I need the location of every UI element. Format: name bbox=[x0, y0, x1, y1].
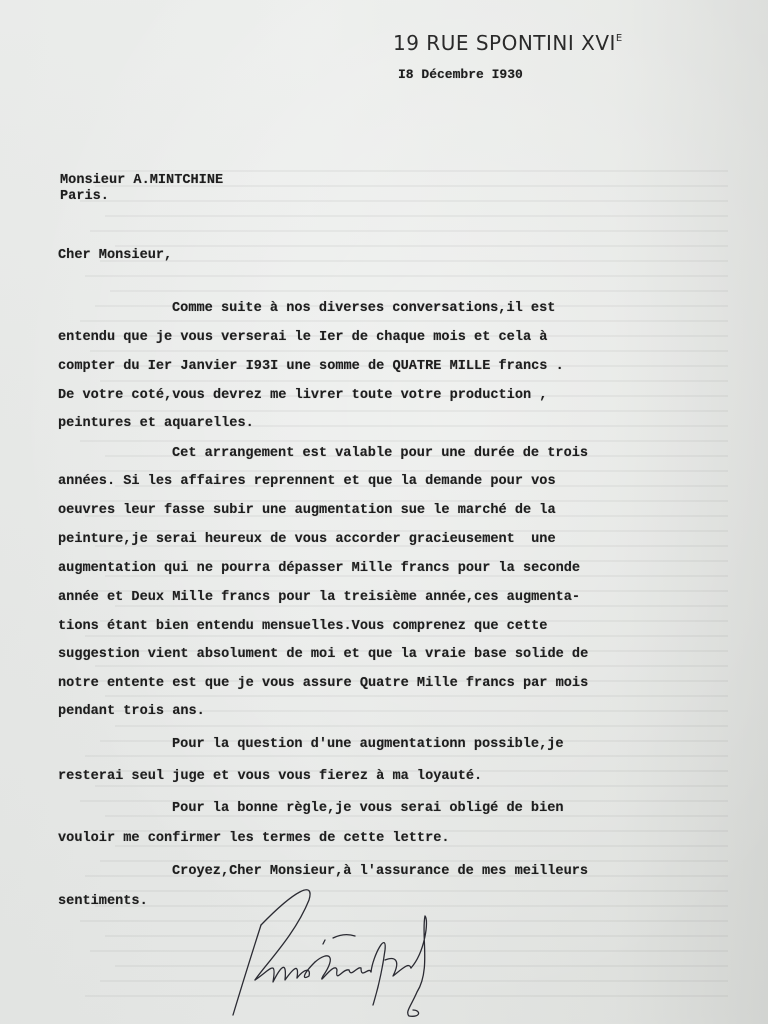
body-line: De votre coté,vous devrez me livrer tout… bbox=[58, 388, 547, 403]
bleed-line bbox=[90, 230, 728, 232]
body-line: sentiments. bbox=[58, 894, 148, 909]
bleed-line bbox=[105, 695, 728, 697]
body-line: vouloir me confirmer les termes de cette… bbox=[58, 831, 450, 846]
bleed-line bbox=[105, 215, 728, 217]
body-line: oeuvres leur fasse subir une augmentatio… bbox=[58, 503, 556, 518]
salutation: Cher Monsieur, bbox=[58, 248, 172, 263]
body-line: tions étant bien entendu mensuelles.Vous… bbox=[58, 619, 547, 634]
bleed-line bbox=[100, 260, 728, 262]
body-line: Comme suite à nos diverses conversations… bbox=[172, 301, 555, 316]
bleed-line bbox=[95, 785, 728, 787]
body-line: peinture,je serai heureux de vous accord… bbox=[58, 532, 556, 547]
signature bbox=[225, 880, 485, 1020]
body-line: Pour la question d'une augmentationn pos… bbox=[172, 737, 564, 752]
bleed-line bbox=[85, 635, 728, 637]
body-line: compter du Ier Janvier I93I une somme de… bbox=[58, 359, 564, 374]
bleed-line bbox=[95, 665, 728, 667]
bleed-line bbox=[90, 350, 728, 352]
body-line: suggestion vient absolument de moi et qu… bbox=[58, 647, 588, 662]
body-line: augmentation qui ne pourra dépasser Mill… bbox=[58, 561, 580, 576]
letterhead-arrondissement-suffix: E bbox=[616, 33, 623, 44]
bleed-line bbox=[80, 200, 728, 202]
bleed-line bbox=[80, 440, 728, 442]
bleed-line bbox=[115, 605, 728, 607]
bleed-line bbox=[100, 380, 728, 382]
body-line: notre entente est que je vous assure Qua… bbox=[58, 676, 588, 691]
letterhead-address: 19 RUE SPONTINI XVIE bbox=[393, 31, 623, 55]
letterhead-street: 19 RUE SPONTINI XVI bbox=[393, 31, 616, 55]
body-line: entendu que je vous verserai le Ier de c… bbox=[58, 330, 547, 345]
letter-date: I8 Décembre I930 bbox=[398, 67, 523, 82]
body-line: année et Deux Mille francs pour la treis… bbox=[58, 590, 580, 605]
bleed-line bbox=[110, 410, 728, 412]
body-line: Cet arrangement est valable pour une dur… bbox=[172, 446, 588, 461]
bleed-line bbox=[110, 170, 728, 172]
bleed-line bbox=[110, 290, 728, 292]
body-line: resterai seul juge et vous vous fierez à… bbox=[58, 769, 482, 784]
body-line: Pour la bonne règle,je vous serai obligé… bbox=[172, 801, 564, 816]
bleed-line bbox=[85, 275, 728, 277]
bleed-line bbox=[100, 500, 728, 502]
recipient-city: Paris. bbox=[60, 189, 109, 204]
bleed-line bbox=[90, 470, 728, 472]
body-line: peintures et aquarelles. bbox=[58, 416, 254, 431]
bleed-line bbox=[115, 245, 728, 247]
body-line: Croyez,Cher Monsieur,à l'assurance de me… bbox=[172, 864, 588, 879]
body-line: années. Si les affaires reprennent et qu… bbox=[58, 474, 556, 489]
bleed-line bbox=[80, 320, 728, 322]
bleed-line bbox=[115, 725, 728, 727]
recipient-name: Monsieur A.MINTCHINE bbox=[60, 173, 223, 188]
body-line: pendant trois ans. bbox=[58, 704, 205, 719]
bleed-line bbox=[85, 755, 728, 757]
bleed-line bbox=[100, 860, 728, 862]
